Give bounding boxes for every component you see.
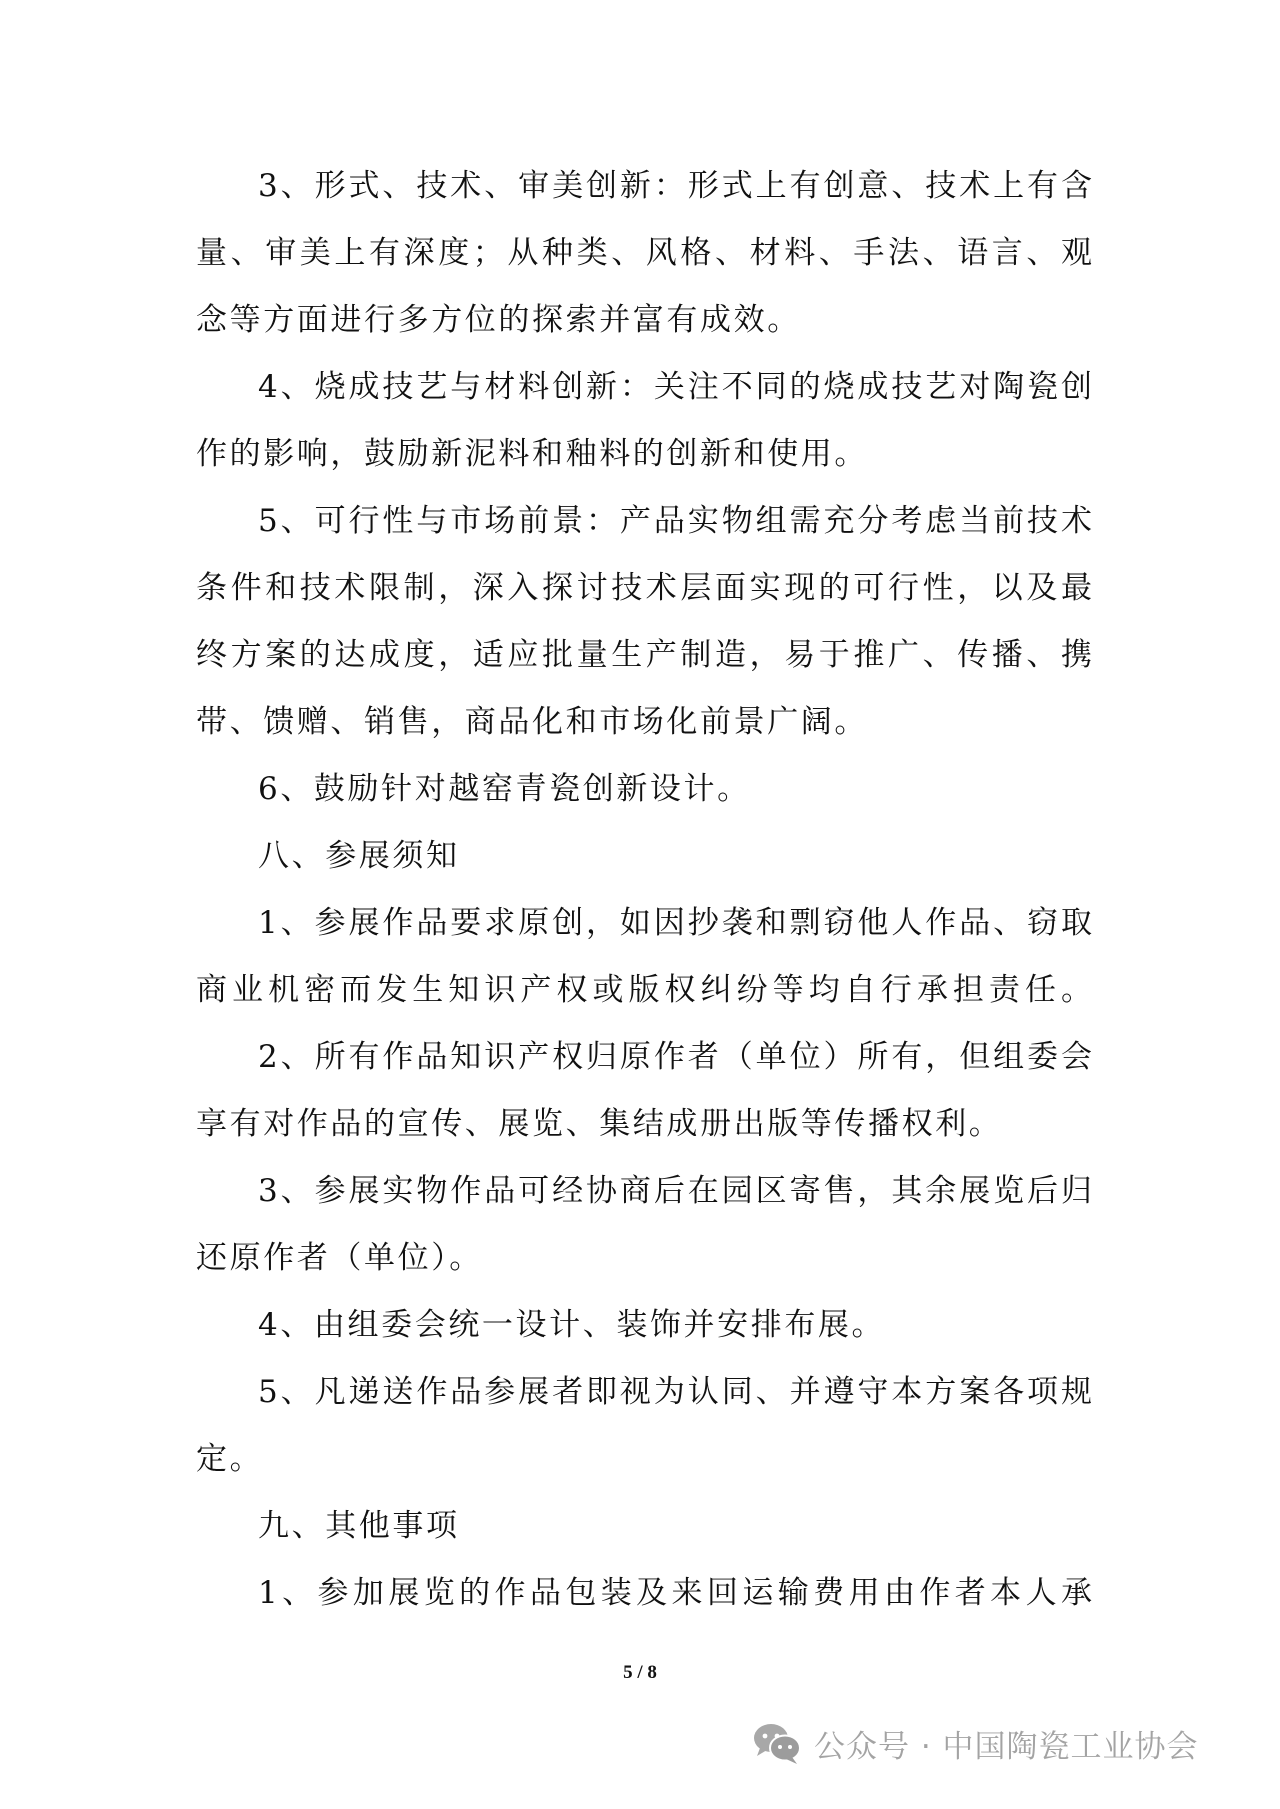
text-line: 2、所有作品知识产权归原作者（单位）所有，但组委会 (258, 1033, 1092, 1081)
text-line: 条件和技术限制，深入探讨技术层面实现的可行性，以及最 (196, 564, 1092, 612)
text-line: 量、审美上有深度；从种类、风格、材料、手法、语言、观 (196, 229, 1092, 277)
text-line: 作的影响，鼓励新泥料和釉料的创新和使用。 (196, 430, 1092, 478)
text-line: 带、馈赠、销售，商品化和市场化前景广阔。 (196, 698, 1092, 746)
text-line: 八、参展须知 (258, 832, 1092, 880)
text-line: 还原作者（单位）。 (196, 1234, 1092, 1282)
text-line: 3、参展实物作品可经协商后在园区寄售，其余展览后归 (258, 1167, 1092, 1215)
text-line: 九、其他事项 (258, 1502, 1092, 1550)
text-line: 3、形式、技术、审美创新：形式上有创意、技术上有含 (258, 162, 1092, 210)
text-line: 享有对作品的宣传、展览、集结成册出版等传播权利。 (196, 1100, 1092, 1148)
text-line: 4、由组委会统一设计、装饰并安排布展。 (258, 1301, 1092, 1349)
text-line: 商业机密而发生知识产权或版权纠纷等均自行承担责任。 (196, 966, 1092, 1014)
text-line: 5、可行性与市场前景：产品实物组需充分考虑当前技术 (258, 497, 1092, 545)
text-line: 5、凡递送作品参展者即视为认同、并遵守本方案各项规 (258, 1368, 1092, 1416)
text-line: 定。 (196, 1435, 1092, 1483)
page-number: 5 / 8 (0, 1662, 1280, 1684)
text-line: 1、参加展览的作品包装及来回运输费用由作者本人承 (258, 1569, 1092, 1617)
text-line: 念等方面进行多方位的探索并富有成效。 (196, 296, 1092, 344)
text-line: 4、烧成技艺与材料创新：关注不同的烧成技艺对陶瓷创 (258, 363, 1092, 411)
text-line: 终方案的达成度，适应批量生产制造，易于推广、传播、携 (196, 631, 1092, 679)
wechat-icon (752, 1721, 802, 1765)
text-line: 1、参展作品要求原创，如因抄袭和剽窃他人作品、窃取 (258, 899, 1092, 947)
watermark-text: 公众号 · 中国陶瓷工业协会 (814, 1721, 1199, 1766)
wechat-watermark: 公众号 · 中国陶瓷工业协会 (752, 1721, 1199, 1765)
text-line: 6、鼓励针对越窑青瓷创新设计。 (258, 765, 1092, 813)
